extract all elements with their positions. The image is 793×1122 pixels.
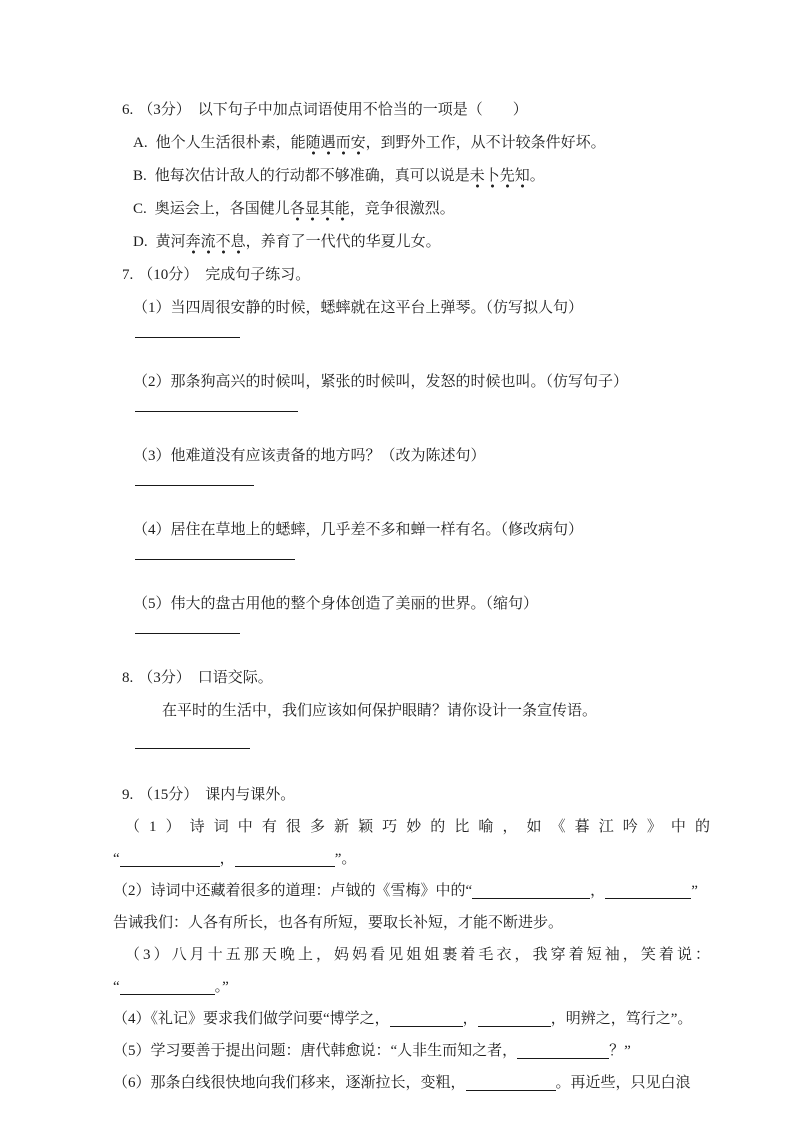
option-text: ，竞争很激烈。: [350, 201, 455, 217]
q7-answer-row-1: [135, 337, 710, 366]
option-label: B.: [133, 168, 147, 184]
question-8-header: 8.（3分）口语交际。: [122, 662, 710, 695]
close-quote: 。”: [215, 979, 229, 995]
q9-item-1-line1: （1）诗词中有很多新颖巧妙的比喻，如《暮江吟》中的: [113, 811, 710, 843]
question-prompt: 完成句子练习。: [205, 267, 310, 283]
question-9-header: 9.（15分）课内与课外。: [122, 779, 710, 811]
answer-blank: [472, 885, 590, 899]
q7-answer-row-2: [135, 411, 710, 440]
answer-blank: [235, 853, 335, 867]
question-number: 8.: [122, 670, 133, 686]
emphasized-word: 奔流不息: [186, 234, 246, 254]
close-quote: ”。: [335, 851, 357, 867]
question-prompt: 课内与课外。: [205, 787, 295, 803]
comma: ，: [590, 883, 605, 899]
question-9: 9.（15分）课内与课外。 （1）诗词中有很多新颖巧妙的比喻，如《暮江吟》中的 …: [113, 779, 710, 1099]
close-quote: ”: [691, 883, 698, 899]
item-text: （2）诗词中还藏着很多的道理：卢钺的《雪梅》中的“: [113, 883, 472, 899]
question-6: 6.（3分）以下句子中加点词语使用不恰当的一项是（ ） A.他个人生活很朴素，能…: [113, 94, 710, 259]
answer-blank: [517, 1045, 609, 1059]
q8-body-text: 在平时的生活中，我们应该如何保护眼睛？请你设计一条宣传语。: [162, 695, 710, 728]
question-score: （10分）: [138, 267, 198, 283]
option-text: ，到野外工作，从不计较条件好坏。: [366, 135, 606, 151]
answer-blank: [120, 981, 215, 995]
q9-item-4: （4）《礼记》要求我们做学问要“博学之，，，明辨之，笃行之”。: [113, 1003, 710, 1035]
option-text: 他每次估计敌人的行动都不够准确，真可以说是: [155, 168, 470, 184]
q8-answer-row: [135, 748, 710, 779]
answer-line: [135, 485, 254, 486]
q7-item-5: （5）伟大的盘古用他的整个身体创造了美丽的世界。（缩句）: [133, 588, 710, 621]
q9-item-2-line2: 告诫我们：人各有所长，也各有所短，要取长补短，才能不断进步。: [113, 907, 710, 939]
answer-blank: [478, 1013, 551, 1027]
q7-item-3: （3）他难道没有应该责备的地方吗？（改为陈述句）: [133, 440, 710, 473]
q9-item-3-answer: “。”: [113, 971, 710, 1003]
q7-item-2: （2）那条狗高兴的时候叫，紧张的时候叫，发怒的时候也叫。（仿写句子）: [133, 366, 710, 399]
option-text: 。: [530, 168, 545, 184]
q9-item-3-line1: （3）八月十五那天晚上，妈妈看见姐姐裹着毛衣，我穿着短袖，笑着说：: [113, 939, 710, 971]
answer-blank: [120, 853, 220, 867]
option-label: A.: [133, 135, 148, 151]
answer-line: [135, 337, 240, 338]
item-text: 。再近些，只见白浪: [556, 1075, 691, 1091]
option-text: ，养育了一代代的华夏儿女。: [246, 234, 441, 250]
question-7: 7.（10分）完成句子练习。 （1）当四周很安静的时候，蟋蟀就在这平台上弹琴。（…: [113, 259, 710, 662]
answer-line: [135, 411, 298, 412]
emphasized-word: 随遇而安: [306, 135, 366, 155]
question-7-header: 7.（10分）完成句子练习。: [122, 259, 710, 292]
answer-line: [135, 748, 250, 749]
exam-page: 6.（3分）以下句子中加点词语使用不恰当的一项是（ ） A.他个人生活很朴素，能…: [0, 0, 793, 1122]
open-quote: “: [113, 979, 120, 995]
question-prompt: 口语交际。: [198, 670, 273, 686]
q9-item-2-line1: （2）诗词中还藏着很多的道理：卢钺的《雪梅》中的“，”: [113, 875, 710, 907]
q7-answer-row-3: [135, 485, 710, 514]
option-text: 奥运会上，各国健儿: [155, 201, 290, 217]
open-quote: “: [113, 851, 120, 867]
question-number: 9.: [122, 787, 133, 803]
answer-line: [135, 559, 295, 560]
question-score: （3分）: [138, 102, 191, 118]
option-label: C.: [133, 201, 147, 217]
q9-item-1-answer: “，”。: [113, 843, 710, 875]
q9-item-6: （6）那条白线很快地向我们移来，逐渐拉长，变粗，。再近些，只见白浪: [113, 1067, 710, 1099]
q7-item-1: （1）当四周很安静的时候，蟋蟀就在这平台上弹琴。（仿写拟人句）: [133, 292, 710, 325]
option-c: C.奥运会上，各国健儿各显其能，竞争很激烈。: [133, 193, 710, 226]
item-text: ？”: [609, 1043, 631, 1059]
option-d: D.黄河奔流不息，养育了一代代的华夏儿女。: [133, 226, 710, 259]
comma: ，: [463, 1011, 478, 1027]
question-number: 6.: [122, 102, 133, 118]
answer-blank: [390, 1013, 463, 1027]
q9-item-5: （5）学习要善于提出问题：唐代韩愈说：“人非生而知之者，？”: [113, 1035, 710, 1067]
emphasized-word: 各显其能: [290, 201, 350, 221]
option-a: A.他个人生活很朴素，能随遇而安，到野外工作，从不计较条件好坏。: [133, 127, 710, 160]
answer-blank: [466, 1077, 556, 1091]
option-label: D.: [133, 234, 148, 250]
question-6-header: 6.（3分）以下句子中加点词语使用不恰当的一项是（ ）: [122, 94, 710, 127]
option-text: 他个人生活很朴素，能: [156, 135, 306, 151]
question-8: 8.（3分）口语交际。 在平时的生活中，我们应该如何保护眼睛？请你设计一条宣传语…: [113, 662, 710, 779]
answer-blank: [605, 885, 691, 899]
question-prompt: 以下句子中加点词语使用不恰当的一项是（ ）: [198, 102, 528, 118]
question-score: （15分）: [138, 787, 198, 803]
option-text: 黄河: [156, 234, 186, 250]
q7-item-4: （4）居住在草地上的蟋蟀，几乎差不多和蝉一样有名。（修改病句）: [133, 514, 710, 547]
item-text: ，明辨之，笃行之”。: [551, 1011, 693, 1027]
q7-answer-row-4: [135, 559, 710, 588]
option-b: B.他每次估计敌人的行动都不够准确，真可以说是未卜先知。: [133, 160, 710, 193]
answer-line: [135, 633, 240, 634]
item-text: （4）《礼记》要求我们做学问要“博学之，: [113, 1011, 390, 1027]
question-score: （3分）: [138, 670, 191, 686]
item-text: （5）学习要善于提出问题：唐代韩愈说：“人非生而知之者，: [113, 1043, 517, 1059]
comma: ，: [220, 851, 235, 867]
question-number: 7.: [122, 267, 133, 283]
q7-answer-row-5: [135, 633, 710, 662]
emphasized-word: 未卜先知: [470, 168, 530, 188]
item-text: （6）那条白线很快地向我们移来，逐渐拉长，变粗，: [113, 1075, 466, 1091]
